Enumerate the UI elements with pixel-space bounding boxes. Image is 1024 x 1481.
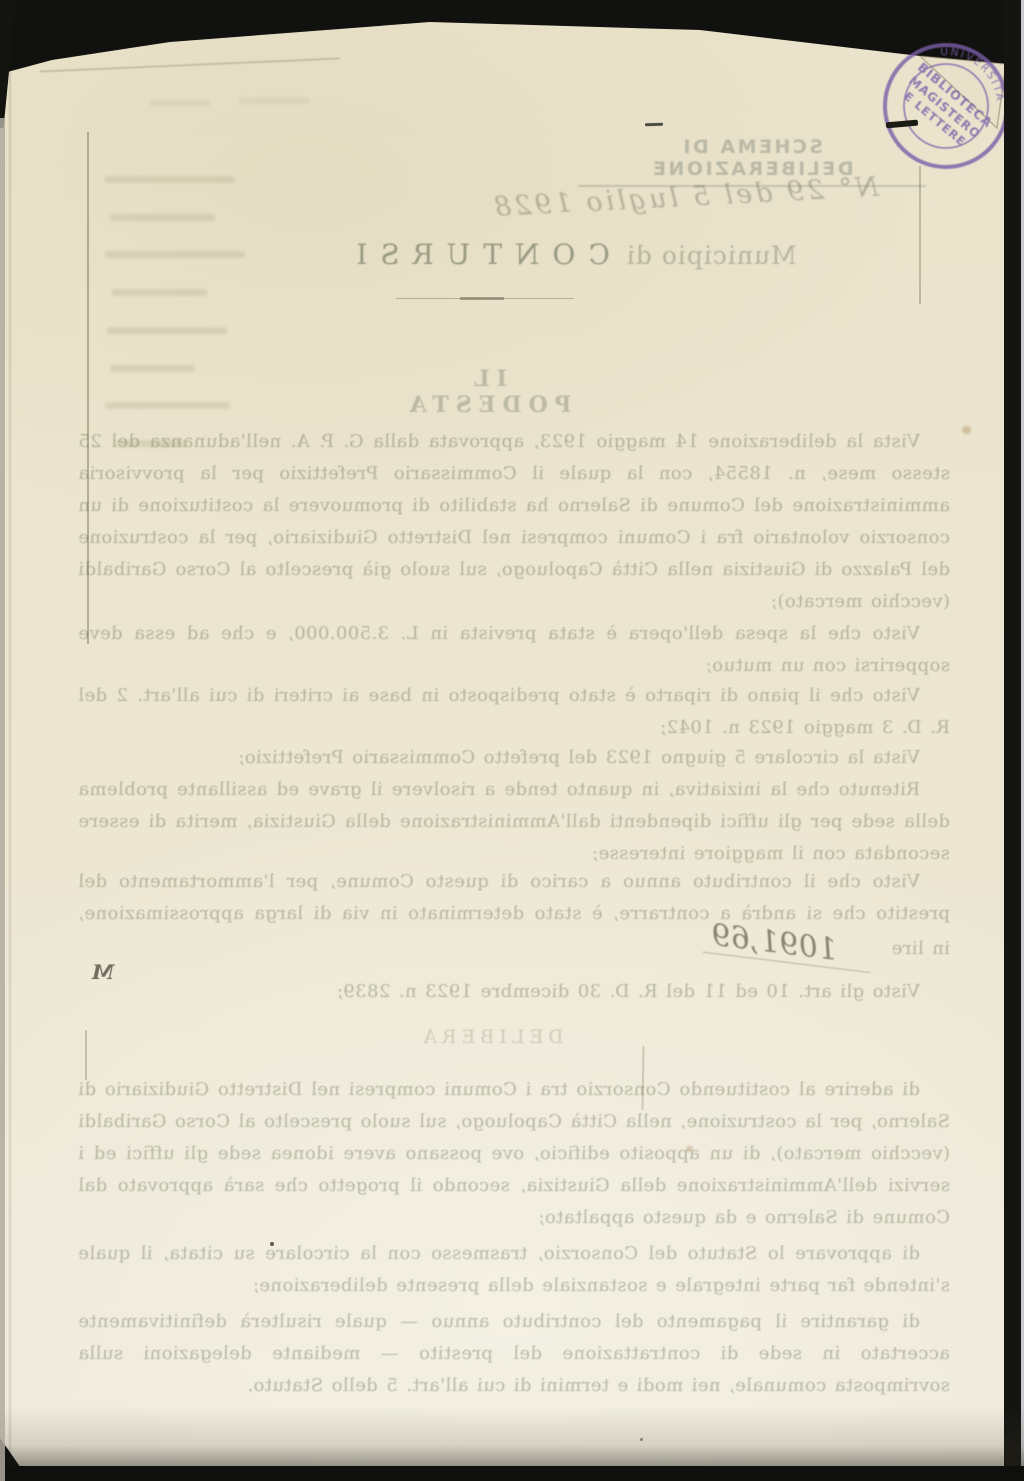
bleed-smudge — [105, 176, 235, 183]
resolution-approvare-statuto: di approvare lo Statuto del Consorzio, t… — [78, 1238, 950, 1302]
resolution-garantire-pagamento: di garantire il pagamento del contributo… — [78, 1306, 950, 1402]
scanner-left-sliver — [0, 118, 5, 1481]
bleed-smudge — [110, 214, 215, 221]
small-ink-dash — [645, 123, 663, 127]
vertical-crease — [9, 70, 11, 1470]
paragraph-piano-riparto: Visto che il piano di riparto è stato pr… — [78, 680, 950, 744]
bottom-shadow — [0, 1406, 1024, 1466]
scanner-top-band — [0, 0, 1024, 150]
municipio-name-contursi: CONTURSI — [343, 238, 609, 271]
paragraph-spesa: Visto che la spesa dell'opera è stata pr… — [78, 618, 950, 682]
bleed-smudge — [105, 251, 245, 258]
paragraph-contributo: Visto che il contributo annuo a carico d… — [78, 866, 950, 965]
library-stamp: UNIVERSITÀ BIBLIOTECA MAGISTERO E LETTER… — [872, 32, 1020, 180]
municipio-di-label: Municipio di — [626, 241, 797, 270]
scanned-page: SCHEMA DI DELIBERAZIONE N° 29 del 5 lugl… — [0, 0, 1024, 1481]
divider-dash — [460, 297, 504, 300]
scanner-background-shape — [0, 0, 1024, 150]
heading-delibera: DELIBERA — [386, 1026, 596, 1048]
paragraph-visto-articoli: Visto gli art. 10 ed 11 del R. D. 30 dic… — [78, 976, 950, 1008]
form-margin-line-segment — [85, 1030, 87, 1080]
bleed-smudge — [105, 402, 230, 409]
ornament-divider — [396, 297, 574, 301]
bleed-smudge — [112, 289, 207, 296]
scanner-bottom-band — [0, 1466, 1024, 1481]
municipio-line: Municipio di CONTURSI — [330, 238, 810, 271]
paragraph-vista-deliberazione: Vista la deliberazione 14 maggio 1923, a… — [78, 426, 950, 618]
paragraph-circolare: Vista la circolare 5 giugno 1923 del pre… — [78, 742, 950, 774]
bleed-smudge — [107, 327, 227, 334]
title-il-podesta: IL PODESTA — [384, 366, 590, 418]
bleed-smudge — [110, 365, 195, 372]
foxing-spot — [962, 426, 971, 434]
resolution-aderire: di aderire al costituendo Consorzio tra … — [78, 1074, 950, 1234]
paragraph-ritenuto: Ritenuto che la iniziativa, in quanto te… — [78, 774, 950, 870]
